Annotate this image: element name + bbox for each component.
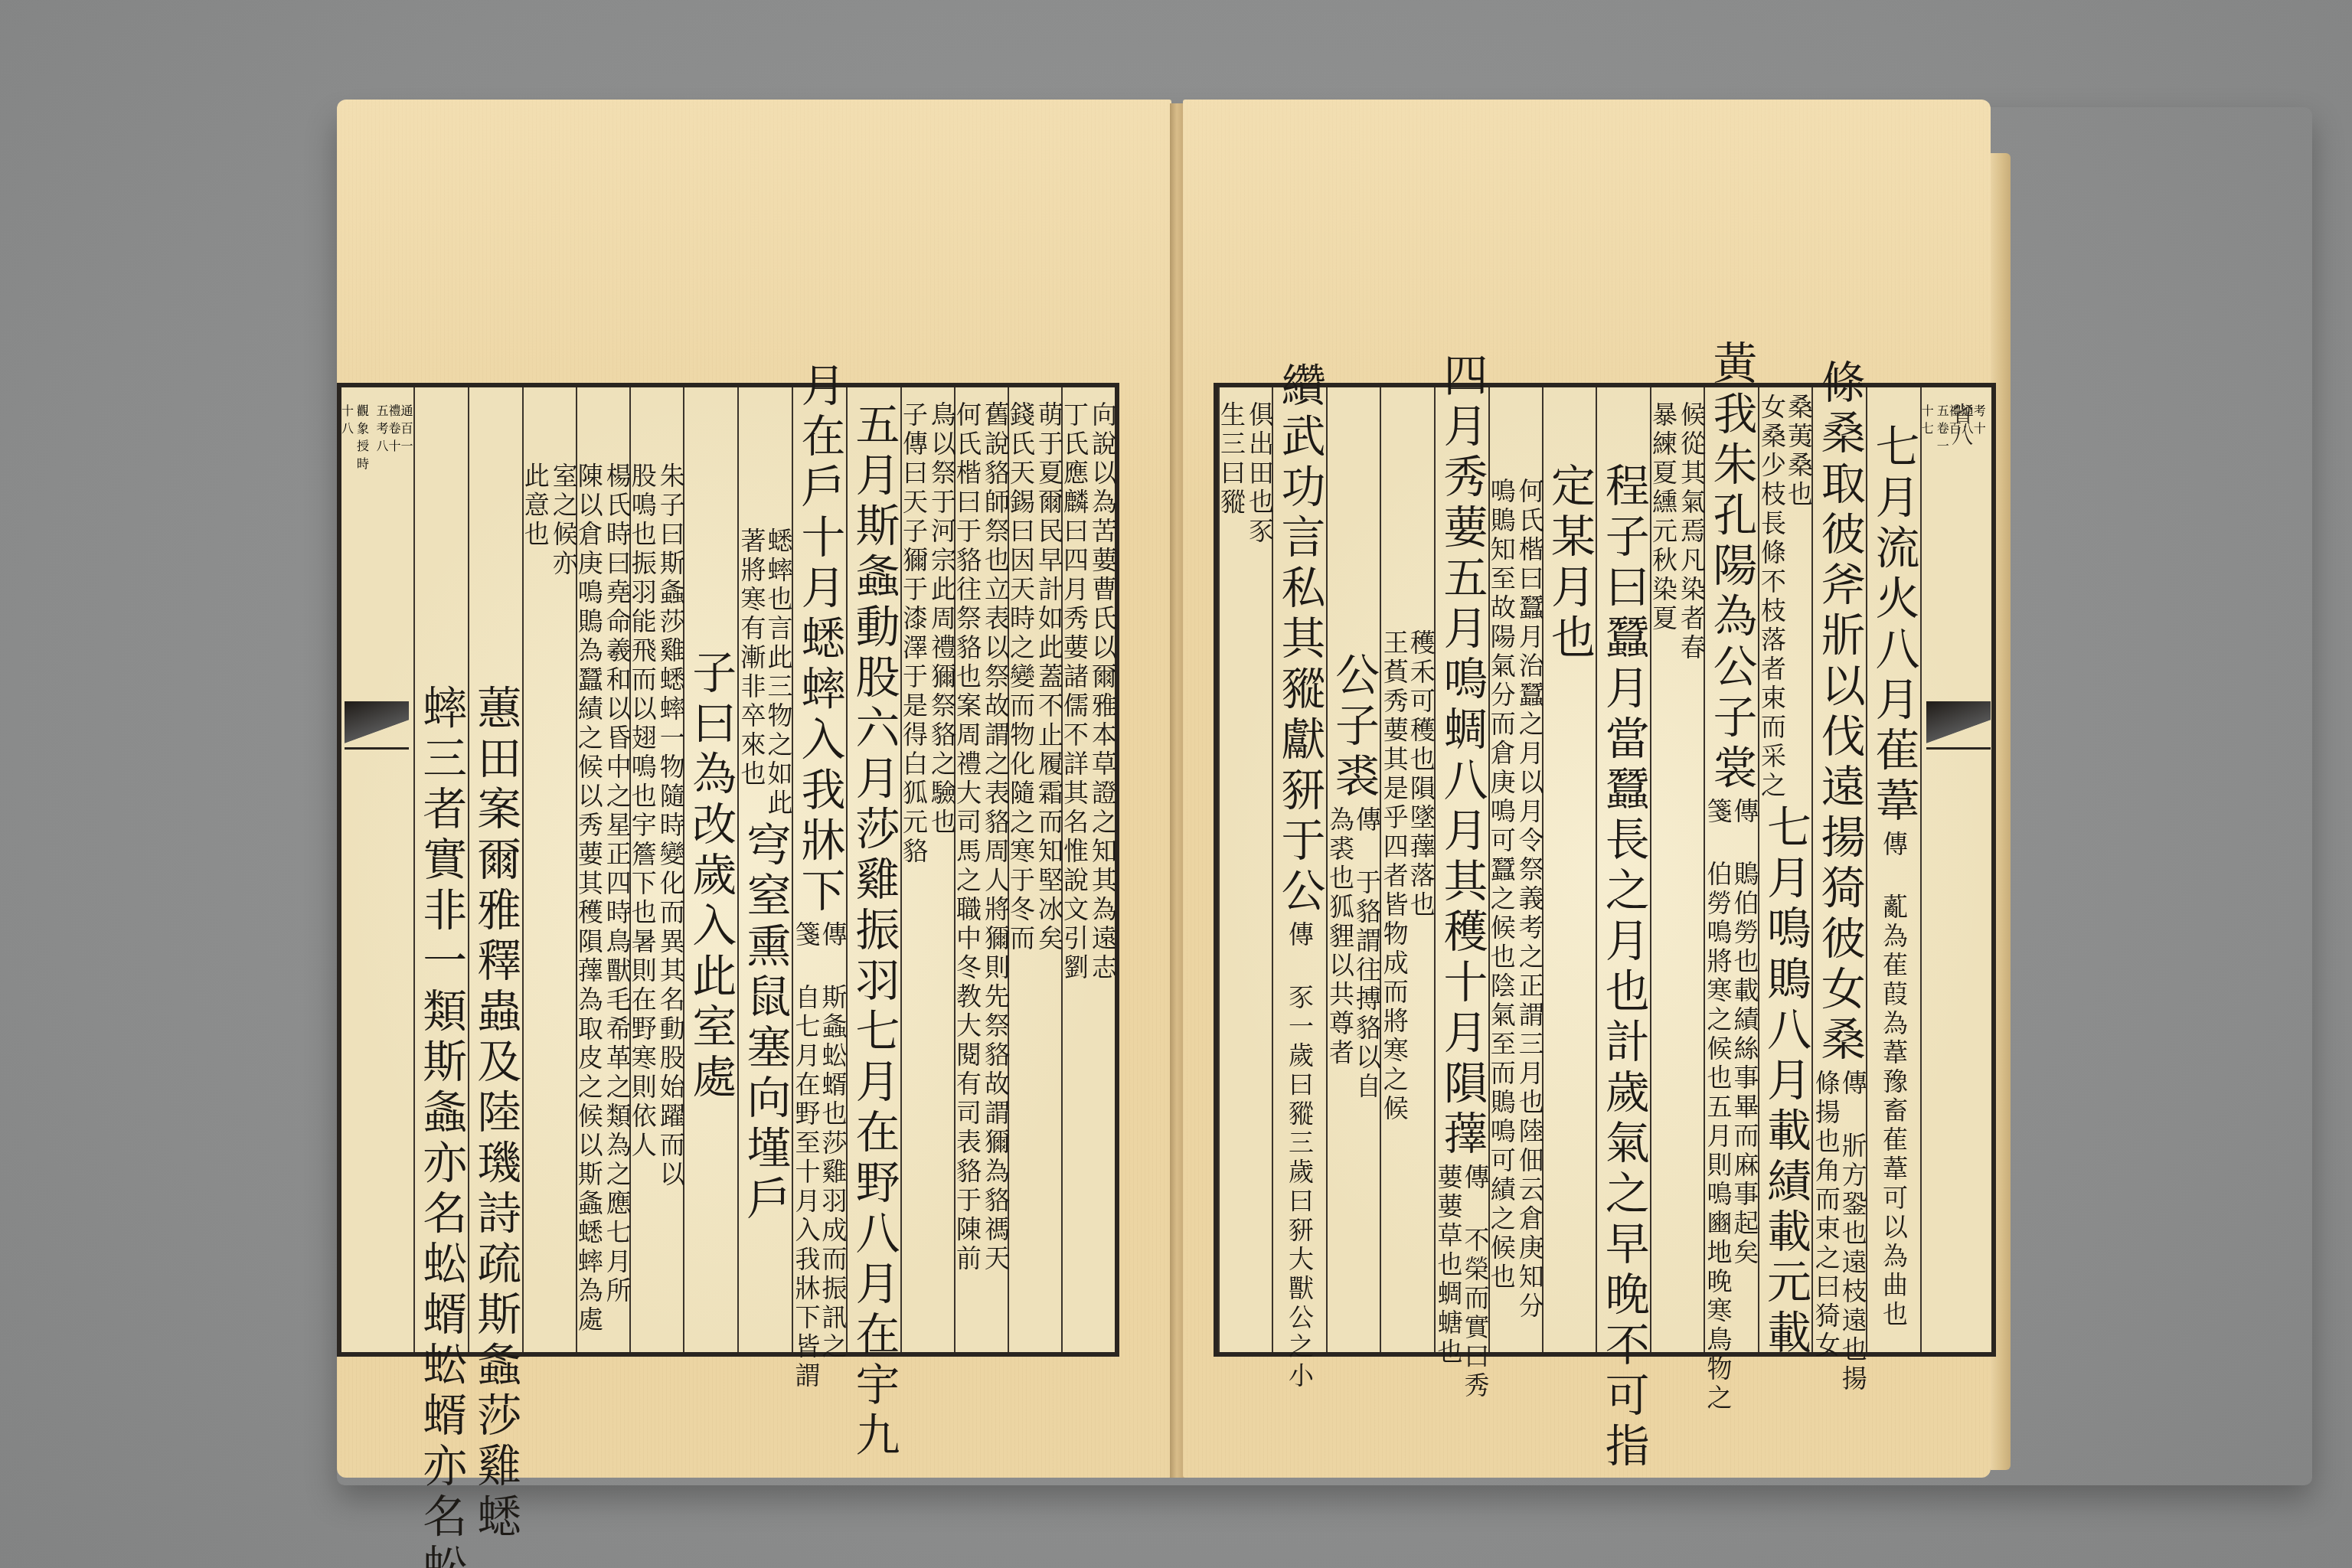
- column: 七月流火八月萑葦 傳 薍為萑葭為葦豫畜萑葦可以為曲也: [1866, 387, 1920, 1352]
- main-text: 蟀三者實非一類斯螽亦名蚣蝑蚣蝑亦名蚣蝑: [419, 684, 463, 1352]
- column: 何氏楷曰蠶月治蠶之月以月令祭義考之正謂三月也陸佃云倉庚知分 鳴鵙知至故陽氣分而倉…: [1488, 387, 1542, 1352]
- commentary-text: 傳 斯螽蚣蝑也莎雞羽成而振訊之: [820, 921, 845, 1391]
- fold-margin: 省八 五禮通考卷百八十一 十七: [1920, 387, 1991, 1352]
- left-page: 月令蠶 向說以為苦葽曹氏以爾雅本草證之知其為遠志 丁氏應麟曰四月秀葽諸儒不詳其名…: [337, 100, 1171, 1478]
- fish-tail-mark: [345, 701, 409, 750]
- column: 萌于夏爾民早計如此蓋不止履霜而知堅冰矣 錢氏天錫曰因天時之變而物化隨之寒于冬而: [1008, 387, 1061, 1352]
- right-print-frame: 省八 五禮通考卷百八十一 十七 七月流火八月萑葦 傳 薍為萑葭為葦豫畜萑葦可以為…: [1214, 383, 1996, 1357]
- column: 程子曰蠶月當蠶長之月也計歲氣之早晚不可指: [1596, 387, 1650, 1352]
- column: 纘武功言私其豵獻豜于公 傳 豕一歲曰豵三歲曰豜大獸公之小: [1272, 387, 1326, 1352]
- column: 子曰為改歲入此室處: [683, 387, 737, 1352]
- top-mark: 省八: [1945, 403, 1976, 446]
- main-text: 子曰為改歲入此室處: [688, 649, 733, 1104]
- column: 蕙田案爾雅釋蟲及陸璣詩疏斯螽莎雞蟋: [468, 387, 522, 1352]
- column: 黃我朱孔陽為公子裳 傳 鵙伯勞也載績絲事畢而麻事起矣 箋 伯勞鳴將寒之候也五月則…: [1704, 387, 1758, 1352]
- main-text: 條桑取彼斧斨以伐遠揚猗彼女桑: [1818, 359, 1862, 1067]
- commentary-text: 傳 斨方銎也遠枝遠也揚: [1841, 1070, 1866, 1394]
- commentary-text: 女桑少枝長條不枝落者束而采之: [1759, 394, 1785, 801]
- column: 五月斯螽動股六月莎雞振羽七月在野八月在宇九: [846, 387, 900, 1352]
- column: 公子裘 傳 于貉謂往搏貉以自 為裘也狐貍以共尊者: [1326, 387, 1380, 1352]
- main-text: 七月鳴鵙八月載績載元載: [1763, 804, 1808, 1360]
- column: 四月秀葽五月鳴蜩八月其穫十月隕蘀 傳 不榮而實曰秀 葽葽草也蜩螗也: [1434, 387, 1488, 1352]
- commentary-text: 傳 于貉謂往搏貉以自: [1354, 806, 1380, 1102]
- main-text: 七月流火八月萑葦: [1871, 423, 1916, 828]
- commentary-text: 此意也: [523, 462, 548, 1352]
- column: 室之候亦 此意也: [522, 387, 576, 1352]
- main-text: 公子裘: [1331, 652, 1376, 803]
- commentary-text: 暴練夏纁元秋染夏: [1651, 401, 1676, 1352]
- commentary-text: 生三曰豵: [1219, 401, 1244, 1352]
- commentary-text: 箋 伯勞鳴將寒之候也五月則鳴豳地晚寒鳥物之: [1705, 798, 1730, 1413]
- column: 舊說貉師祭也立表以祭故謂之表貉周人將獮則先祭貉故謂獮為貉禡天 何氏楷曰于貉往祭貉…: [954, 387, 1008, 1352]
- column: 蟀三者實非一類斯螽亦名蚣蝑蚣蝑亦名蚣蝑: [413, 387, 468, 1352]
- commentary-text: 何氏楷曰于貉往祭貉也案周禮大司馬之職中冬教大閱有司表貉于陳前: [955, 401, 980, 1352]
- left-columns: 向說以為苦葽曹氏以爾雅本草證之知其為遠志 丁氏應麟曰四月秀葽諸儒不詳其名惟說文引…: [341, 387, 1115, 1352]
- commentary-text: 箋 自七月在野至十月入我牀下皆謂: [793, 921, 818, 1391]
- main-text: 五月斯螽動股六月莎雞振羽七月在野八月在宇九: [851, 401, 896, 1352]
- fish-tail-mark: [1926, 701, 1991, 750]
- column: 蟋蟀也言此三物之如此 著將寒有漸非卒來也 穹窒熏鼠塞向墐戶: [737, 387, 792, 1352]
- right-page: 省八 五禮通考卷百八十一 十七 七月流火八月萑葦 傳 薍為萑葭為葦豫畜萑葦可以為…: [1183, 100, 1991, 1478]
- column: 條桑取彼斧斨以伐遠揚猗彼女桑 傳 斨方銎也遠枝遠也揚 條揚也角而束之曰猗女: [1811, 387, 1866, 1352]
- commentary-text: 鳥以祭于河宗此周禮獮祭貉之驗也: [929, 401, 955, 1352]
- column: 定某月也: [1542, 387, 1596, 1352]
- column: 俱出田也豕 生三曰豵: [1218, 387, 1272, 1352]
- commentary-text: 候從其氣焉凡染者春: [1679, 401, 1704, 1352]
- commentary-text: 向說以為苦葽曹氏以爾雅本草證之知其為遠志: [1090, 401, 1116, 1352]
- commentary-text: 傳 不榮而實曰秀: [1462, 1164, 1488, 1401]
- commentary-text: 陳以倉庚鳴鵙為蠶績之候以秀葽其穫隕蘀為取皮之候以斯螽蟋蟀為處: [577, 462, 602, 1352]
- commentary-text: 為裘也狐貍以共尊者: [1328, 806, 1353, 1102]
- commentary-text: 鳴鵙知至故陽氣分而倉庚鳴可蠶之候也陰氣至而鵙鳴可績之候也: [1489, 478, 1514, 1352]
- commentary-text: 舊說貉師祭也立表以祭故謂之表貉周人將獮則先祭貉故謂獮為貉禡天: [983, 401, 1008, 1352]
- page-number: 十七: [1922, 401, 1934, 1352]
- main-text: 蕙田案爾雅釋蟲及陸璣詩疏斯螽莎雞蟋: [473, 684, 518, 1352]
- column: 候從其氣焉凡染者春 暴練夏纁元秋染夏: [1650, 387, 1704, 1352]
- main-text: 程子曰蠶月當蠶長之月也計歲氣之早晚不可指: [1602, 462, 1646, 1352]
- commentary-text: 萌于夏爾民早計如此蓋不止履霜而知堅冰矣: [1037, 401, 1062, 1352]
- main-text: 穹窒熏鼠塞向墐戶: [743, 822, 787, 1226]
- commentary-text: 股鳴也振羽能飛而以翅鳴也宇簷下也暑則在野寒則依人: [630, 462, 655, 1352]
- commentary-text: 穫禾可穫也隕墜蘀落也: [1409, 629, 1434, 1124]
- column: 鳥以祭于河宗此周禮獮祭貉之驗也 子傳曰天子獮于漆澤于是得白狐元貉: [900, 387, 954, 1352]
- main-text: 四月秀葽五月鳴蜩八月其穫十月隕蘀: [1439, 352, 1484, 1161]
- main-text: 月在戶十月蟋蟀入我牀下: [797, 362, 841, 918]
- commentary-text: 傳 薍為萑葭為葦豫畜萑葦可以為曲也: [1881, 831, 1906, 1330]
- main-text: 定某月也: [1547, 462, 1592, 1352]
- commentary-text: 著將寒有漸非卒來也: [739, 528, 764, 818]
- column: 穫禾可穫也隕墜蘀落也 王萯秀葽其是乎四者皆物成而將寒之候: [1380, 387, 1434, 1352]
- main-text: 黃我朱孔陽為公子裳: [1709, 340, 1753, 795]
- commentary-text: 朱子曰斯螽莎雞蟋蟀一物隨時變化而異其名動股始躍而以: [658, 462, 684, 1352]
- right-columns: 省八 五禮通考卷百八十一 十七 七月流火八月萑葦 傳 薍為萑葭為葦豫畜萑葦可以為…: [1218, 387, 1991, 1352]
- page-number: 十八: [341, 401, 354, 1352]
- fold-margin: 五禮通考卷百八十一 觀象授時 十八: [341, 387, 413, 1352]
- commentary-text: 楊氏時曰堯命羲和以昏中之星正四時鳥獸毛希革之類為之應七月所: [605, 462, 630, 1352]
- left-print-frame: 向說以為苦葽曹氏以爾雅本草證之知其為遠志 丁氏應麟曰四月秀葽諸儒不詳其名惟說文引…: [337, 383, 1119, 1357]
- commentary-text: 傳 豕一歲曰豵三歲曰豜大獸公之小: [1287, 921, 1312, 1391]
- commentary-text: 丁氏應麟曰四月秀葽諸儒不詳其名惟說文引劉: [1062, 401, 1087, 1352]
- commentary-text: 王萯秀葽其是乎四者皆物成而將寒之候: [1382, 629, 1407, 1124]
- column: 楊氏時曰堯命羲和以昏中之星正四時鳥獸毛希革之類為之應七月所 陳以倉庚鳴鵙為蠶績之…: [576, 387, 629, 1352]
- column: 朱子曰斯螽莎雞蟋蟀一物隨時變化而異其名動股始躍而以 股鳴也振羽能飛而以翅鳴也宇簷…: [629, 387, 683, 1352]
- fold-section: 觀象授時: [357, 401, 373, 1352]
- commentary-text: 傳 鵙伯勞也載績絲事畢而麻事起矣: [1732, 798, 1757, 1413]
- main-text: 纘武功言私其豵獻豜于公: [1277, 362, 1321, 918]
- commentary-text: 室之候亦: [551, 462, 577, 1352]
- commentary-text: 何氏楷曰蠶月治蠶之月以月令祭義考之正謂三月也陸佃云倉庚知分: [1517, 478, 1543, 1352]
- commentary-text: 桑荑桑也: [1786, 394, 1811, 801]
- fold-title: 五禮通考卷百八十一: [376, 401, 413, 1352]
- column: 向說以為苦葽曹氏以爾雅本草證之知其為遠志 丁氏應麟曰四月秀葽諸儒不詳其名惟說文引…: [1061, 387, 1115, 1352]
- commentary-text: 錢氏天錫曰因天時之變而物化隨之寒于冬而: [1008, 401, 1034, 1352]
- column: 月在戶十月蟋蟀入我牀下 傳 斯螽蚣蝑也莎雞羽成而振訊之 箋 自七月在野至十月入我…: [792, 387, 846, 1352]
- commentary-text: 葽葽草也蜩螗也: [1436, 1164, 1461, 1401]
- column: 桑荑桑也 女桑少枝長條不枝落者束而采之 七月鳴鵙八月載績載元載: [1758, 387, 1812, 1352]
- commentary-text: 蟋蟀也言此三物之如此: [766, 528, 791, 818]
- commentary-text: 條揚也角而束之曰猗女: [1814, 1070, 1839, 1394]
- commentary-text: 子傳曰天子獮于漆澤于是得白狐元貉: [901, 401, 926, 1352]
- commentary-text: 俱出田也豕: [1247, 401, 1272, 1352]
- fold-title: 五禮通考卷百八十一: [1937, 401, 1991, 1352]
